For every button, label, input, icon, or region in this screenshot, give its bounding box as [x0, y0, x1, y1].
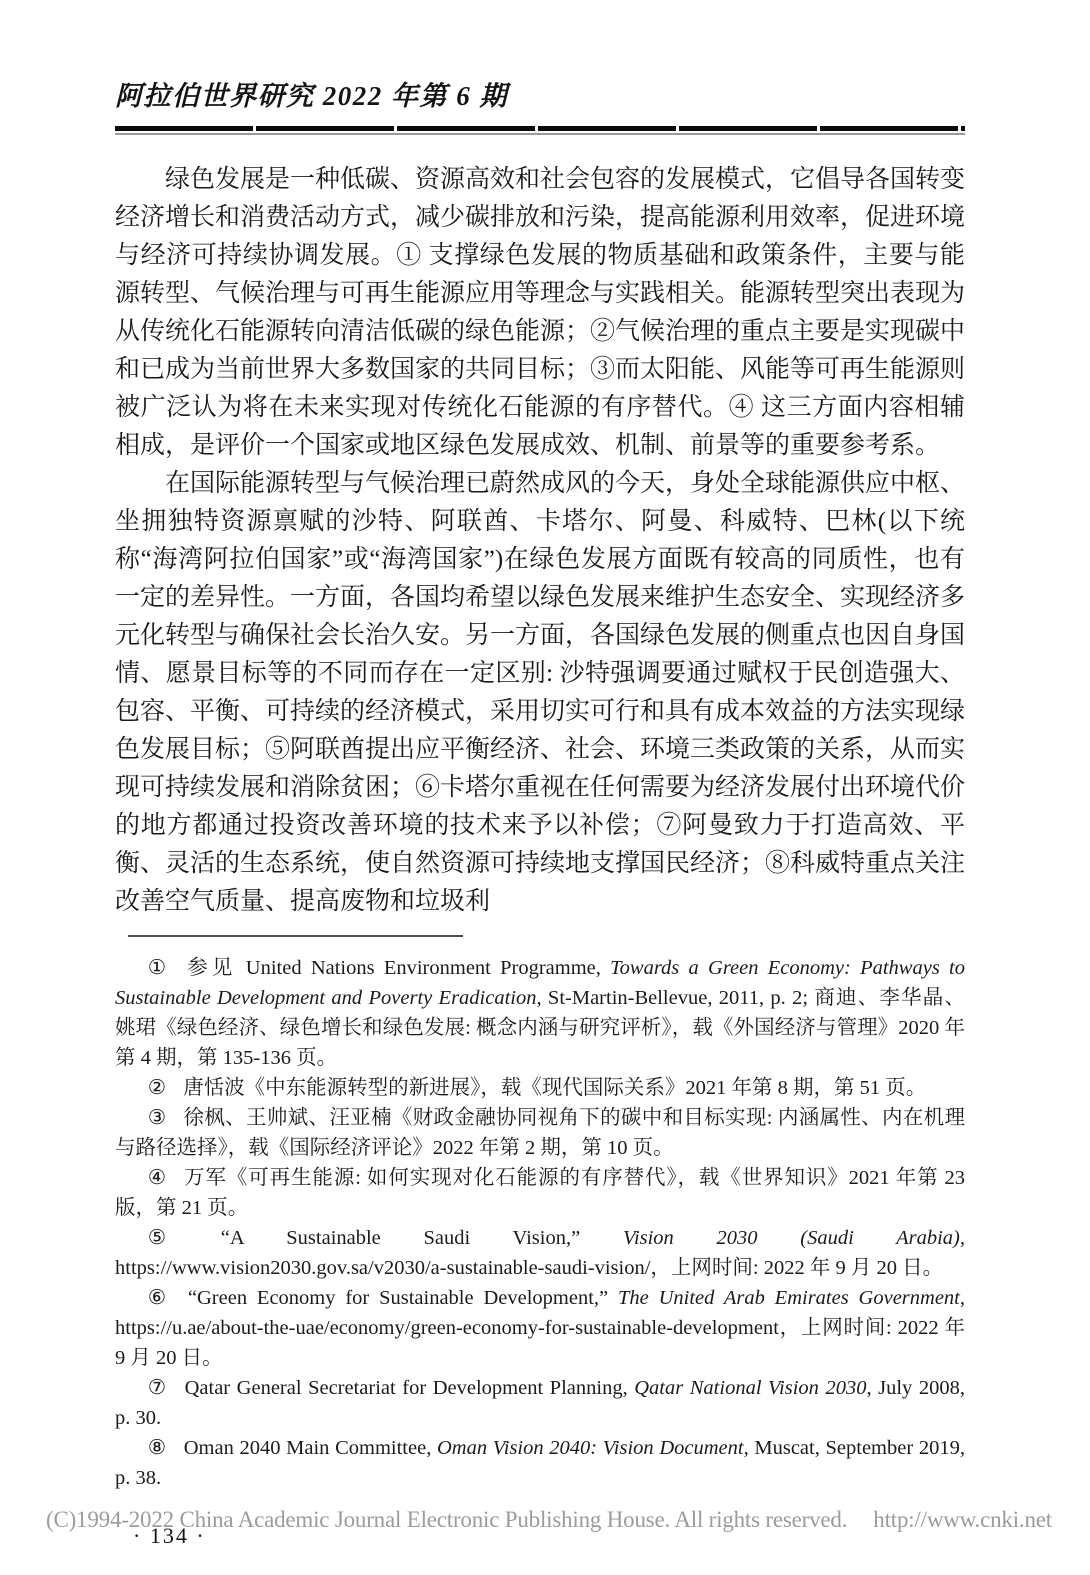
footnote: ⑧Oman 2040 Main Committee, Oman Vision 2… — [115, 1433, 965, 1493]
footnote: ①参见 United Nations Environment Programme… — [115, 953, 965, 1073]
watermark-copyright: (C)1994-2022 China Academic Journal Elec… — [46, 1507, 847, 1532]
footnote: ③徐枫、王帅斌、汪亚楠《财政金融协同视角下的碳中和目标实现: 内涵属性、内在机理… — [115, 1103, 965, 1163]
footnote-title-italic: Qatar National Vision 2030 — [634, 1377, 866, 1399]
footnote-marker: ⑤ — [148, 1227, 204, 1249]
footnote-text: 徐枫、王帅斌、汪亚楠《财政金融协同视角下的碳中和目标实现: 内涵属性、内在机理与… — [115, 1107, 965, 1159]
article-body: 绿色发展是一种低碳、资源高效和社会包容的发展模式，它倡导各国转变经济增长和消费活… — [115, 161, 965, 921]
footnote-title-italic: The United Arab Emirates Government — [618, 1287, 960, 1309]
footnote: ⑥“Green Economy for Sustainable Developm… — [115, 1283, 965, 1373]
journal-header-text: 阿拉伯世界研究 2022 年第 6 期 — [115, 74, 965, 113]
footnote: ⑦Qatar General Secretariat for Developme… — [115, 1373, 965, 1433]
journal-header: 阿拉伯世界研究 2022 年第 6 期 — [115, 0, 965, 135]
header-rule — [115, 126, 965, 135]
body-paragraph: 在国际能源转型与气候治理已蔚然成风的今天，身处全球能源供应中枢、坐拥独特资源禀赋… — [115, 465, 965, 921]
footnote-text: “Green Economy for Sustainable Developme… — [188, 1287, 618, 1309]
watermark-url: http://www.cnki.net — [873, 1507, 1052, 1532]
footnote-text: 万军《可再生能源: 如何实现对化石能源的有序替代》，载《世界知识》2021 年第… — [115, 1167, 965, 1219]
page-content: 阿拉伯世界研究 2022 年第 6 期 绿色发展是一种低碳、资源高效和社会包容的… — [115, 0, 965, 1549]
footnote-marker: ③ — [148, 1107, 167, 1129]
footnote-marker: ① — [148, 957, 171, 979]
footnote-title-italic: Vision 2030 (Saudi Arabia) — [623, 1227, 960, 1249]
footnotes: ①参见 United Nations Environment Programme… — [115, 953, 965, 1493]
footnote-separator — [128, 935, 463, 937]
footnote-title-italic: Oman Vision 2040: Vision Document — [437, 1437, 744, 1459]
header-rule-thin — [115, 133, 965, 135]
cnki-watermark: (C)1994-2022 China Academic Journal Elec… — [46, 1507, 1052, 1533]
footnote-text: “A Sustainable Saudi Vision,” — [221, 1227, 623, 1249]
footnote-marker: ⑦ — [148, 1377, 168, 1399]
footnote-marker: ⑥ — [148, 1287, 171, 1309]
footnote-marker: ⑧ — [148, 1437, 167, 1459]
footnote-text: 参见 United Nations Environment Programme, — [187, 957, 610, 979]
footnote-marker: ④ — [148, 1167, 167, 1189]
footnote: ⑤“A Sustainable Saudi Vision,” Vision 20… — [115, 1223, 965, 1283]
footnote-text: 唐恬波《中东能源转型的新进展》，载《现代国际关系》2021 年第 8 期，第 5… — [183, 1077, 926, 1099]
body-paragraph: 绿色发展是一种低碳、资源高效和社会包容的发展模式，它倡导各国转变经济增长和消费活… — [115, 161, 965, 465]
header-rule-thick — [115, 126, 965, 131]
footnote-text: Qatar General Secretariat for Developmen… — [185, 1377, 635, 1399]
footnote: ②唐恬波《中东能源转型的新进展》，载《现代国际关系》2021 年第 8 期，第 … — [115, 1073, 965, 1103]
footnote: ④万军《可再生能源: 如何实现对化石能源的有序替代》，载《世界知识》2021 年… — [115, 1163, 965, 1223]
footnote-text: Oman 2040 Main Committee, — [184, 1437, 437, 1459]
journal-page: 阿拉伯世界研究 2022 年第 6 期 绿色发展是一种低碳、资源高效和社会包容的… — [0, 0, 1090, 1575]
footnote-marker: ② — [148, 1077, 166, 1099]
